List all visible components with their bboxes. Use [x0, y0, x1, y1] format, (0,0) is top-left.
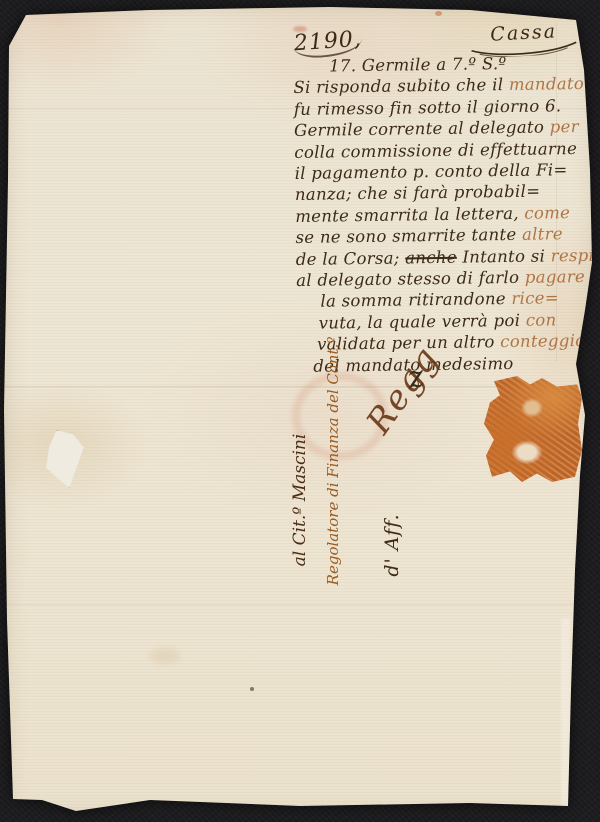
letter-text-segment: Intanto si [457, 246, 551, 266]
letter-text-segment: rice= [511, 289, 559, 309]
rust-seal-stain [482, 376, 582, 482]
rust-speck [435, 11, 442, 16]
address-note: d' Aff. [381, 500, 403, 590]
letter-text-segment: per [550, 117, 579, 136]
letter-text-segment: fu rimesso fin sotto il giorno 6. [294, 96, 562, 119]
letter-text-segment: se ne sono smarrite tante [295, 225, 522, 247]
scanned-letter: 2190, Cassa 17. Germile a 7.º S.ºSi risp… [0, 0, 600, 822]
letter-text-segment: con [526, 310, 557, 329]
paper-damage-patch [44, 430, 86, 488]
faint-blotch [150, 648, 180, 664]
address-role: Regolatore di Finanza del Cant.º [323, 326, 343, 596]
letter-text-segment: pagare [525, 267, 586, 287]
fold-crease-bottom [0, 604, 600, 607]
letter-text-segment: mandato [509, 74, 584, 94]
paper-edge-sliver [561, 618, 570, 806]
letter-text-segment: la somma ritirandone [320, 289, 511, 311]
letter-text-segment: al delegato stesso di farlo [296, 268, 525, 290]
dark-speck [250, 687, 254, 691]
letter-text-segment: colla commissione di effettuarne [294, 139, 577, 162]
letter-text-segment: Germile corrente al delegato [294, 118, 550, 141]
letter-text-segment: come [524, 203, 570, 223]
letter-paper-sheet: 2190, Cassa 17. Germile a 7.º S.ºSi risp… [0, 0, 600, 822]
address-recipient: al Cit.º Mascini [289, 410, 311, 590]
letter-text-segment: 17. Germile a 7.º S.º [329, 54, 507, 75]
cassa-label: Cassa [490, 20, 558, 45]
letter-text-segment: mente smarrita la lettera, [295, 204, 524, 226]
letter-text-segment: il pagamento p. conto della Fi= [295, 160, 568, 183]
letter-text-segment: altre [522, 224, 563, 244]
letter-text-segment: anche [405, 247, 457, 267]
letter-text-segment: Si risponda subito che il [293, 75, 509, 97]
letter-text-segment: nanza; che si farà probabil= [295, 182, 541, 204]
letter-text-segment: respinge [551, 245, 600, 265]
letter-text-segment: de la Corsa; [296, 248, 406, 269]
letter-text-segment: conteggio [500, 331, 585, 351]
